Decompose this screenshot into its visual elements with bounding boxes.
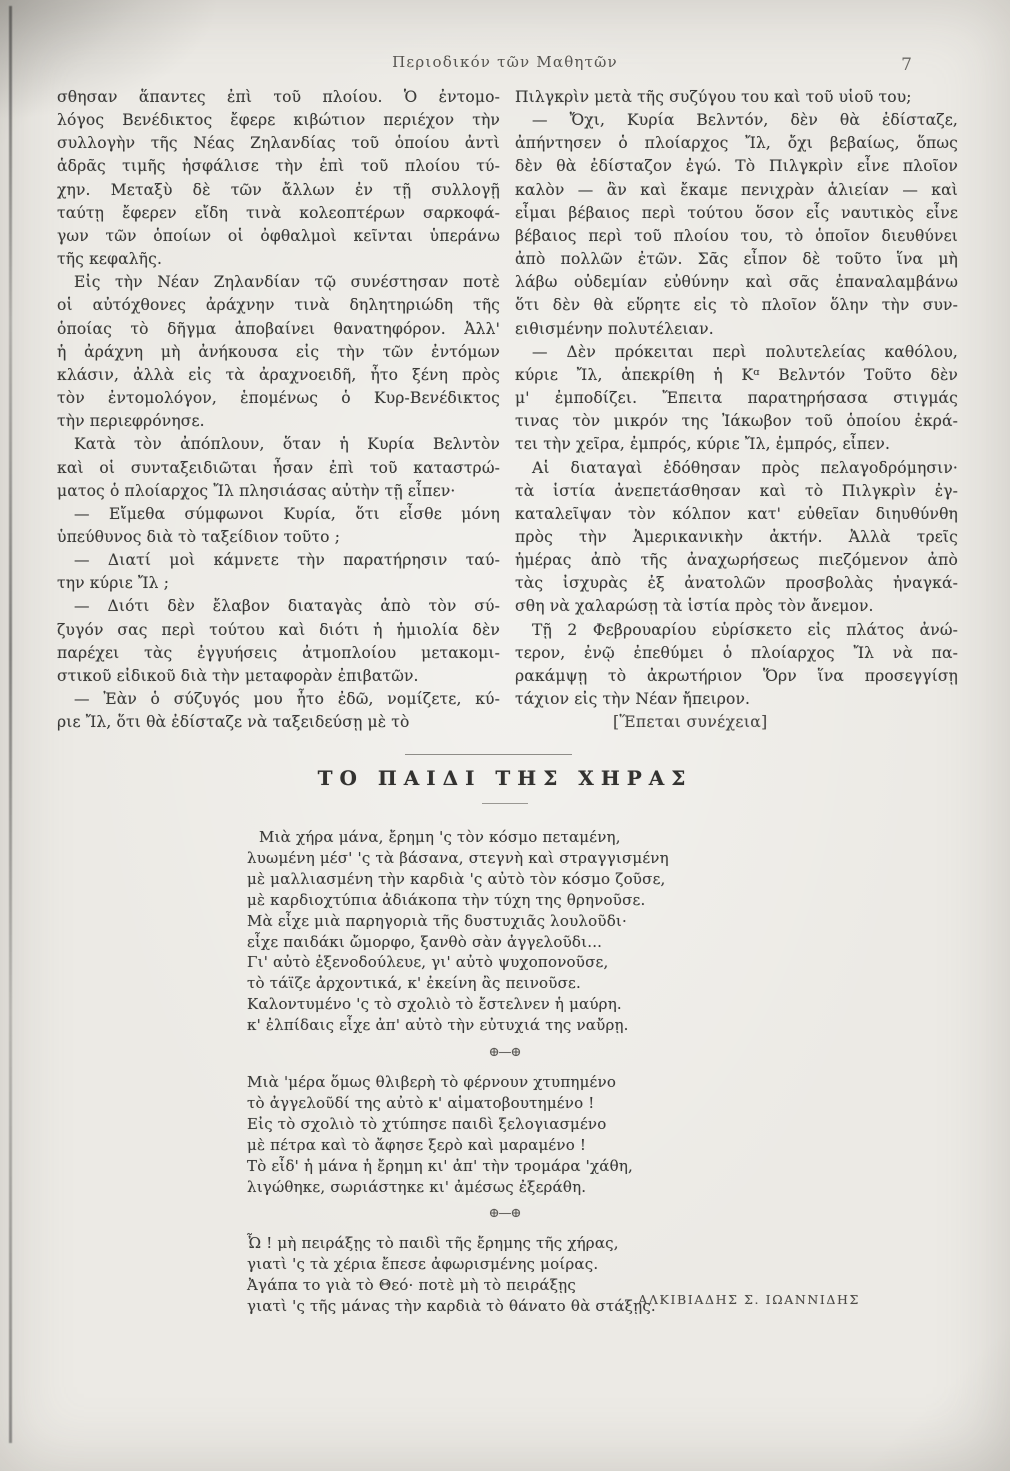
story-line: λάβω οὐδεμίαν εὐθύνην καὶ σᾶς ἐπαναλαμβά…	[515, 271, 958, 294]
stanza-divider-ornament: ⊕—⊕	[247, 1204, 762, 1225]
story-line: ἀπήντησεν ὁ πλοίαρχος Ἴλ, ὄχι βεβαίως, ὅ…	[515, 132, 958, 155]
story-line: τάχιον εἰς τὴν Νέαν ἤπειρον.	[515, 688, 958, 711]
story-line: εἶμαι βέβαιος περὶ τούτου ὅσον εἷς ναυτι…	[515, 202, 958, 225]
story-line: γων τῶν ὁποίων οἱ ὀφθαλμοὶ κεῖνται ὑπερά…	[57, 225, 500, 248]
story-line: μ' ἐμποδίζει. Ἔπειτα παρατηρήσασα στιγμά…	[515, 387, 958, 410]
story-line: ἀπὸ πολλῶν ἐτῶν. Σᾶς εἶπον δὲ τοῦτο ἵνα …	[515, 248, 958, 271]
story-line: τὰς ἰσχυρὰς ἐξ ἀνατολῶν προσβολὰς ἠναγκά…	[515, 572, 958, 595]
story-line: κλάσιν, ἀλλὰ εἰς τὰ ἀραχνοειδῆ, ἦτο ξένη…	[57, 364, 500, 387]
story-paragraph: Πιλγκρὶν μετὰ τῆς συζύγου του καὶ τοῦ υἱ…	[515, 86, 958, 109]
story-line: παρέχει τὰς ἐγγυήσεις ἀτμοπλοίου μετακομ…	[57, 642, 500, 665]
story-line: ρακάμψῃ τὸ ἀκρωτήριον Ὅρν ἵνα προσεγγίσῃ	[515, 665, 958, 688]
story-paragraph: — Ἐὰν ὁ σύζυγός μου ἦτο ἐδῶ, νομίζετε, κ…	[57, 688, 500, 734]
story-line: στικοῦ εἰδικοῦ διὰ τὴν μεταφορὰν ἐπιβατῶ…	[57, 665, 500, 688]
story-line: ἡμέρας ἀπὸ τῆς ἀναχωρήσεως πιεζόμενον ἀπ…	[515, 549, 958, 572]
story-line: τὸν ἐντομολόγον, ἑπομένως ὁ Κυρ-Βενέδικτ…	[57, 387, 500, 410]
story-paragraph: Κατὰ τὸν ἀπόπλουν, ὅταν ἡ Κυρία Βελντὸνκ…	[57, 433, 500, 502]
story-paragraph: — Διότι δὲν ἔλαβον διαταγὰς ἀπὸ τὸν σύ-ζ…	[57, 595, 500, 688]
story-line: — Ὄχι, Κυρία Βελντόν, δὲν θὰ ἐδίσταζε,	[515, 109, 958, 132]
story-line: καὶ οἱ συνταξειδιῶται ἦσαν ἐπὶ τοῦ κατασ…	[57, 457, 500, 480]
story-line: καλὸν — ἂν καὶ ἔκαμε πενιχρὰν ἁλιείαν — …	[515, 179, 958, 202]
journal-header-title: Περιοδικόν τῶν Μαθητῶν	[0, 53, 1010, 71]
poem-line: κ' ἐλπίδαις εἶχε ἀπ' αὐτὸ τὴν εὐτυχιά τη…	[247, 1015, 792, 1036]
story-paragraph: — Εἴμεθα σύμφωνοι Κυρία, ὅτι εἶσθε μόνηὑ…	[57, 503, 500, 549]
story-line: τει τὴν χεῖρα, ἐμπρός, κύριε Ἴλ, ἐμπρός,…	[515, 433, 958, 456]
poem-line: εἶχε παιδάκι ὤμορφο, ξανθὸ σὰν ἀγγελοῦδι…	[247, 932, 792, 953]
story-line: οἱ αὐτόχθονες ἀράχνην τινὰ δηλητηριώδη τ…	[57, 294, 500, 317]
story-line: — Διατί μοὶ κάμνετε τὴν παρατήρησιν ταύ-	[57, 549, 500, 572]
story-paragraph: — Ὄχι, Κυρία Βελντόν, δὲν θὰ ἐδίσταζε,ἀπ…	[515, 109, 958, 341]
story-line: πρὸς τὴν Ἀμερικανικὴν ἀκτήν. Ἀλλὰ τρεῖς	[515, 526, 958, 549]
story-line: την κύριε Ἴλ ;	[57, 572, 500, 595]
section-divider-rule	[405, 754, 572, 755]
poem-stanza: Μιὰ 'μέρα ὅμως θλιβερὴ τὸ φέρνουν χτυπημ…	[247, 1072, 792, 1197]
poem-line: λυωμένη μέσ' 'ς τὰ βάσανα, στεγνὴ καὶ στ…	[247, 848, 792, 869]
story-line: — Διότι δὲν ἔλαβον διαταγὰς ἀπὸ τὸν σύ-	[57, 595, 500, 618]
story-columns: σθησαν ἅπαντες ἐπὶ τοῦ πλοίου. Ὁ ἐντομο-…	[57, 86, 958, 734]
story-line: Πιλγκρὶν μετὰ τῆς συζύγου του καὶ τοῦ υἱ…	[515, 86, 958, 109]
story-line: τῆς κεφαλῆς.	[57, 248, 500, 271]
poem-title: ΤΟ ΠΑΙΔΙ ΤΗΣ ΧΗΡΑΣ	[0, 766, 1010, 790]
story-line: Αἱ διαταγαὶ ἐδόθησαν πρὸς πελαγοδρόμησιν…	[515, 457, 958, 480]
story-line: τὴν περιεφρόνησε.	[57, 410, 500, 433]
poem-line: Ὦ ! μὴ πειράξῃς τὸ παιδὶ τῆς ἔρημης τῆς …	[247, 1233, 792, 1254]
story-line: ὑπεύθυνος διὰ τὸ ταξείδιον τοῦτο ;	[57, 526, 500, 549]
story-line: Κατὰ τὸν ἀπόπλουν, ὅταν ἡ Κυρία Βελντὸν	[57, 433, 500, 456]
story-line: βέβαιος περὶ τοῦ πλοίου του, τὸ ὁποῖον δ…	[515, 225, 958, 248]
page-number: 7	[901, 55, 912, 75]
story-line: χην. Μεταξὺ δὲ τῶν ἄλλων ἐν τῇ συλλογῇ	[57, 179, 500, 202]
story-line: — Δὲν πρόκειται περὶ πολυτελείας καθόλου…	[515, 341, 958, 364]
story-line: — Ἐὰν ὁ σύζυγός μου ἦτο ἐδῶ, νομίζετε, κ…	[57, 688, 500, 711]
story-left-column: σθησαν ἅπαντες ἐπὶ τοῦ πλοίου. Ὁ ἐντομο-…	[57, 86, 500, 734]
story-line: ὁποίας τὸ δῆγμα ἀποβαίνει θανατηφόρον. Ἀ…	[57, 318, 500, 341]
poem-line: Τὸ εἶδ' ἡ μάνα ἡ ἔρημη κι' ἀπ' τὴν τρομά…	[247, 1156, 792, 1177]
story-line: ἡ ἀράχνη μὴ ἀνήκουσα εἰς τὴν τῶν ἐντόμων	[57, 341, 500, 364]
story-paragraph: — Δὲν πρόκειται περὶ πολυτελείας καθόλου…	[515, 341, 958, 457]
story-line: τερον, ἐνῷ ἐπεθύμει ὁ πλοίαρχος Ἴλ νὰ πα…	[515, 642, 958, 665]
poem-body: Μιὰ χήρα μάνα, ἔρημη 'ς τὸν κόσμο πεταμέ…	[247, 827, 792, 1317]
story-line: σθη νὰ χαλαρώσῃ τὰ ἱστία πρὸς τὸν ἄνεμον…	[515, 595, 958, 618]
poem-line: Καλοντυμένο 'ς τὸ σχολιὸ τὸ ἔστελνεν ἡ μ…	[247, 994, 792, 1015]
story-line: συλλογὴν τῆς Νέας Ζηλανδίας τοῦ ὁποίου ἀ…	[57, 132, 500, 155]
scan-edge-artifact	[9, 6, 12, 1443]
poem-line: τὸ ἀγγελοῦδί της αὐτὸ κ' αἱματοβουτημένο…	[247, 1093, 792, 1114]
story-line: Τῇ 2 Φεβρουαρίου εὑρίσκετο εἰς πλάτος ἀν…	[515, 619, 958, 642]
story-line: ταύτῃ ἔφερεν εἴδη τινὰ κολεοπτέρων σαρκο…	[57, 202, 500, 225]
poem-line: μὲ πέτρα καὶ τὸ ἄφησε ξερὸ καὶ μαραμένο …	[247, 1135, 792, 1156]
story-line: ὅτι δὲν θὰ εὕρητε εἰς τὸ πλοῖον ὅλην τὴν…	[515, 294, 958, 317]
story-paragraph: Αἱ διαταγαὶ ἐδόθησαν πρὸς πελαγοδρόμησιν…	[515, 457, 958, 619]
story-line: καταλεῖψαν τὸν κόλπον κατ' εὐθεῖαν διηυθ…	[515, 503, 958, 526]
story-right-column: Πιλγκρὶν μετὰ τῆς συζύγου του καὶ τοῦ υἱ…	[515, 86, 958, 734]
story-line: ἁδρᾶς τιμῆς ἠσφάλισε τὴν ἐπὶ τοῦ πλοίου …	[57, 155, 500, 178]
story-line: ματος ὁ πλοίαρχος Ἴλ πλησιάσας αὐτὴν τῇ …	[57, 480, 500, 503]
story-line: τινας τὸν μικρόν της Ἰάκωβον τοῦ ὁποίου …	[515, 410, 958, 433]
poem-line: μὲ καρδιοχτύπια ἀδιάκοπα τὴν τύχη της θρ…	[247, 890, 792, 911]
poem-line: Μιὰ χήρα μάνα, ἔρημη 'ς τὸν κόσμο πεταμέ…	[247, 827, 792, 848]
poem-line: Μὰ εἶχε μιὰ παρηγοριὰ τῆς δυστυχιᾶς λουλ…	[247, 911, 792, 932]
poem-line: τὸ τάϊζε ἀρχοντικά, κ' ἐκείνη ἂς πεινοῦσ…	[247, 973, 792, 994]
scanned-page: Περιοδικόν τῶν Μαθητῶν 7 σθησαν ἅπαντες …	[0, 0, 1010, 1471]
poem-line: μὲ μαλλιασμένη τὴν καρδιὰ 'ς αὐτὸ τὸν κό…	[247, 869, 792, 890]
story-paragraph: σθησαν ἅπαντες ἐπὶ τοῦ πλοίου. Ὁ ἐντομο-…	[57, 86, 500, 271]
story-line: δὲν θὰ ἐδίσταζον ἐγώ. Τὸ Πιλγκρὶν εἶνε π…	[515, 155, 958, 178]
continuation-note: [Ἕπεται συνέχεια]	[613, 711, 958, 734]
story-paragraph: Εἰς τὴν Νέαν Ζηλανδίαν τῷ συνέστησαν ποτ…	[57, 271, 500, 433]
story-line: λόγος Βενέδικτος ἔφερε κιβώτιον περιέχον…	[57, 109, 500, 132]
story-paragraph: Τῇ 2 Φεβρουαρίου εὑρίσκετο εἰς πλάτος ἀν…	[515, 619, 958, 712]
story-paragraph: — Διατί μοὶ κάμνετε τὴν παρατήρησιν ταύ-…	[57, 549, 500, 595]
poem-line: Μιὰ 'μέρα ὅμως θλιβερὴ τὸ φέρνουν χτυπημ…	[247, 1072, 792, 1093]
story-line: κύριε Ἴλ, ἀπεκρίθη ἡ Κᵅ Βελντόν Τοῦτο δὲ…	[515, 364, 958, 387]
poem-line: λιγώθηκε, σωριάστηκε κι' ἀμέσως ἐξεράθη.	[247, 1177, 792, 1198]
poem-line: Γι' αὐτὸ ἐξενοδούλευε, γι' αὐτὸ ψυχοπονο…	[247, 952, 792, 973]
poem-title-rule	[482, 803, 528, 804]
poem-stanza: Μιὰ χήρα μάνα, ἔρημη 'ς τὸν κόσμο πεταμέ…	[247, 827, 792, 1036]
poem-line: γιατὶ 'ς τὰ χέρια ἔπεσε ἀφωρισμένης μοίρ…	[247, 1254, 792, 1275]
story-line: ριε Ἴλ, ὅτι θὰ ἐδίσταζε νὰ ταξειδεύσῃ μὲ…	[57, 711, 500, 734]
story-line: — Εἴμεθα σύμφωνοι Κυρία, ὅτι εἶσθε μόνη	[57, 503, 500, 526]
story-line: Εἰς τὴν Νέαν Ζηλανδίαν τῷ συνέστησαν ποτ…	[57, 271, 500, 294]
story-line: σθησαν ἅπαντες ἐπὶ τοῦ πλοίου. Ὁ ἐντομο-	[57, 86, 500, 109]
story-line: τὰ ἱστία ἀνεπετάσθησαν καὶ τὸ Πιλγκρὶν ἐ…	[515, 480, 958, 503]
poem-line: Εἰς τὸ σχολιὸ τὸ χτύπησε παιδὶ ξελογιασμ…	[247, 1114, 792, 1135]
stanza-divider-ornament: ⊕—⊕	[247, 1043, 762, 1064]
story-line: ειθισμένην πολυτέλειαν.	[515, 318, 958, 341]
author-signature: ΑΛΚΙΒΙΑΔΗΣ Σ. ΙΩΑΝΝΙΔΗΣ	[0, 1292, 860, 1307]
story-line: ζυγόν σας περὶ τούτου καὶ διότι ἡ ἡμιολί…	[57, 619, 500, 642]
